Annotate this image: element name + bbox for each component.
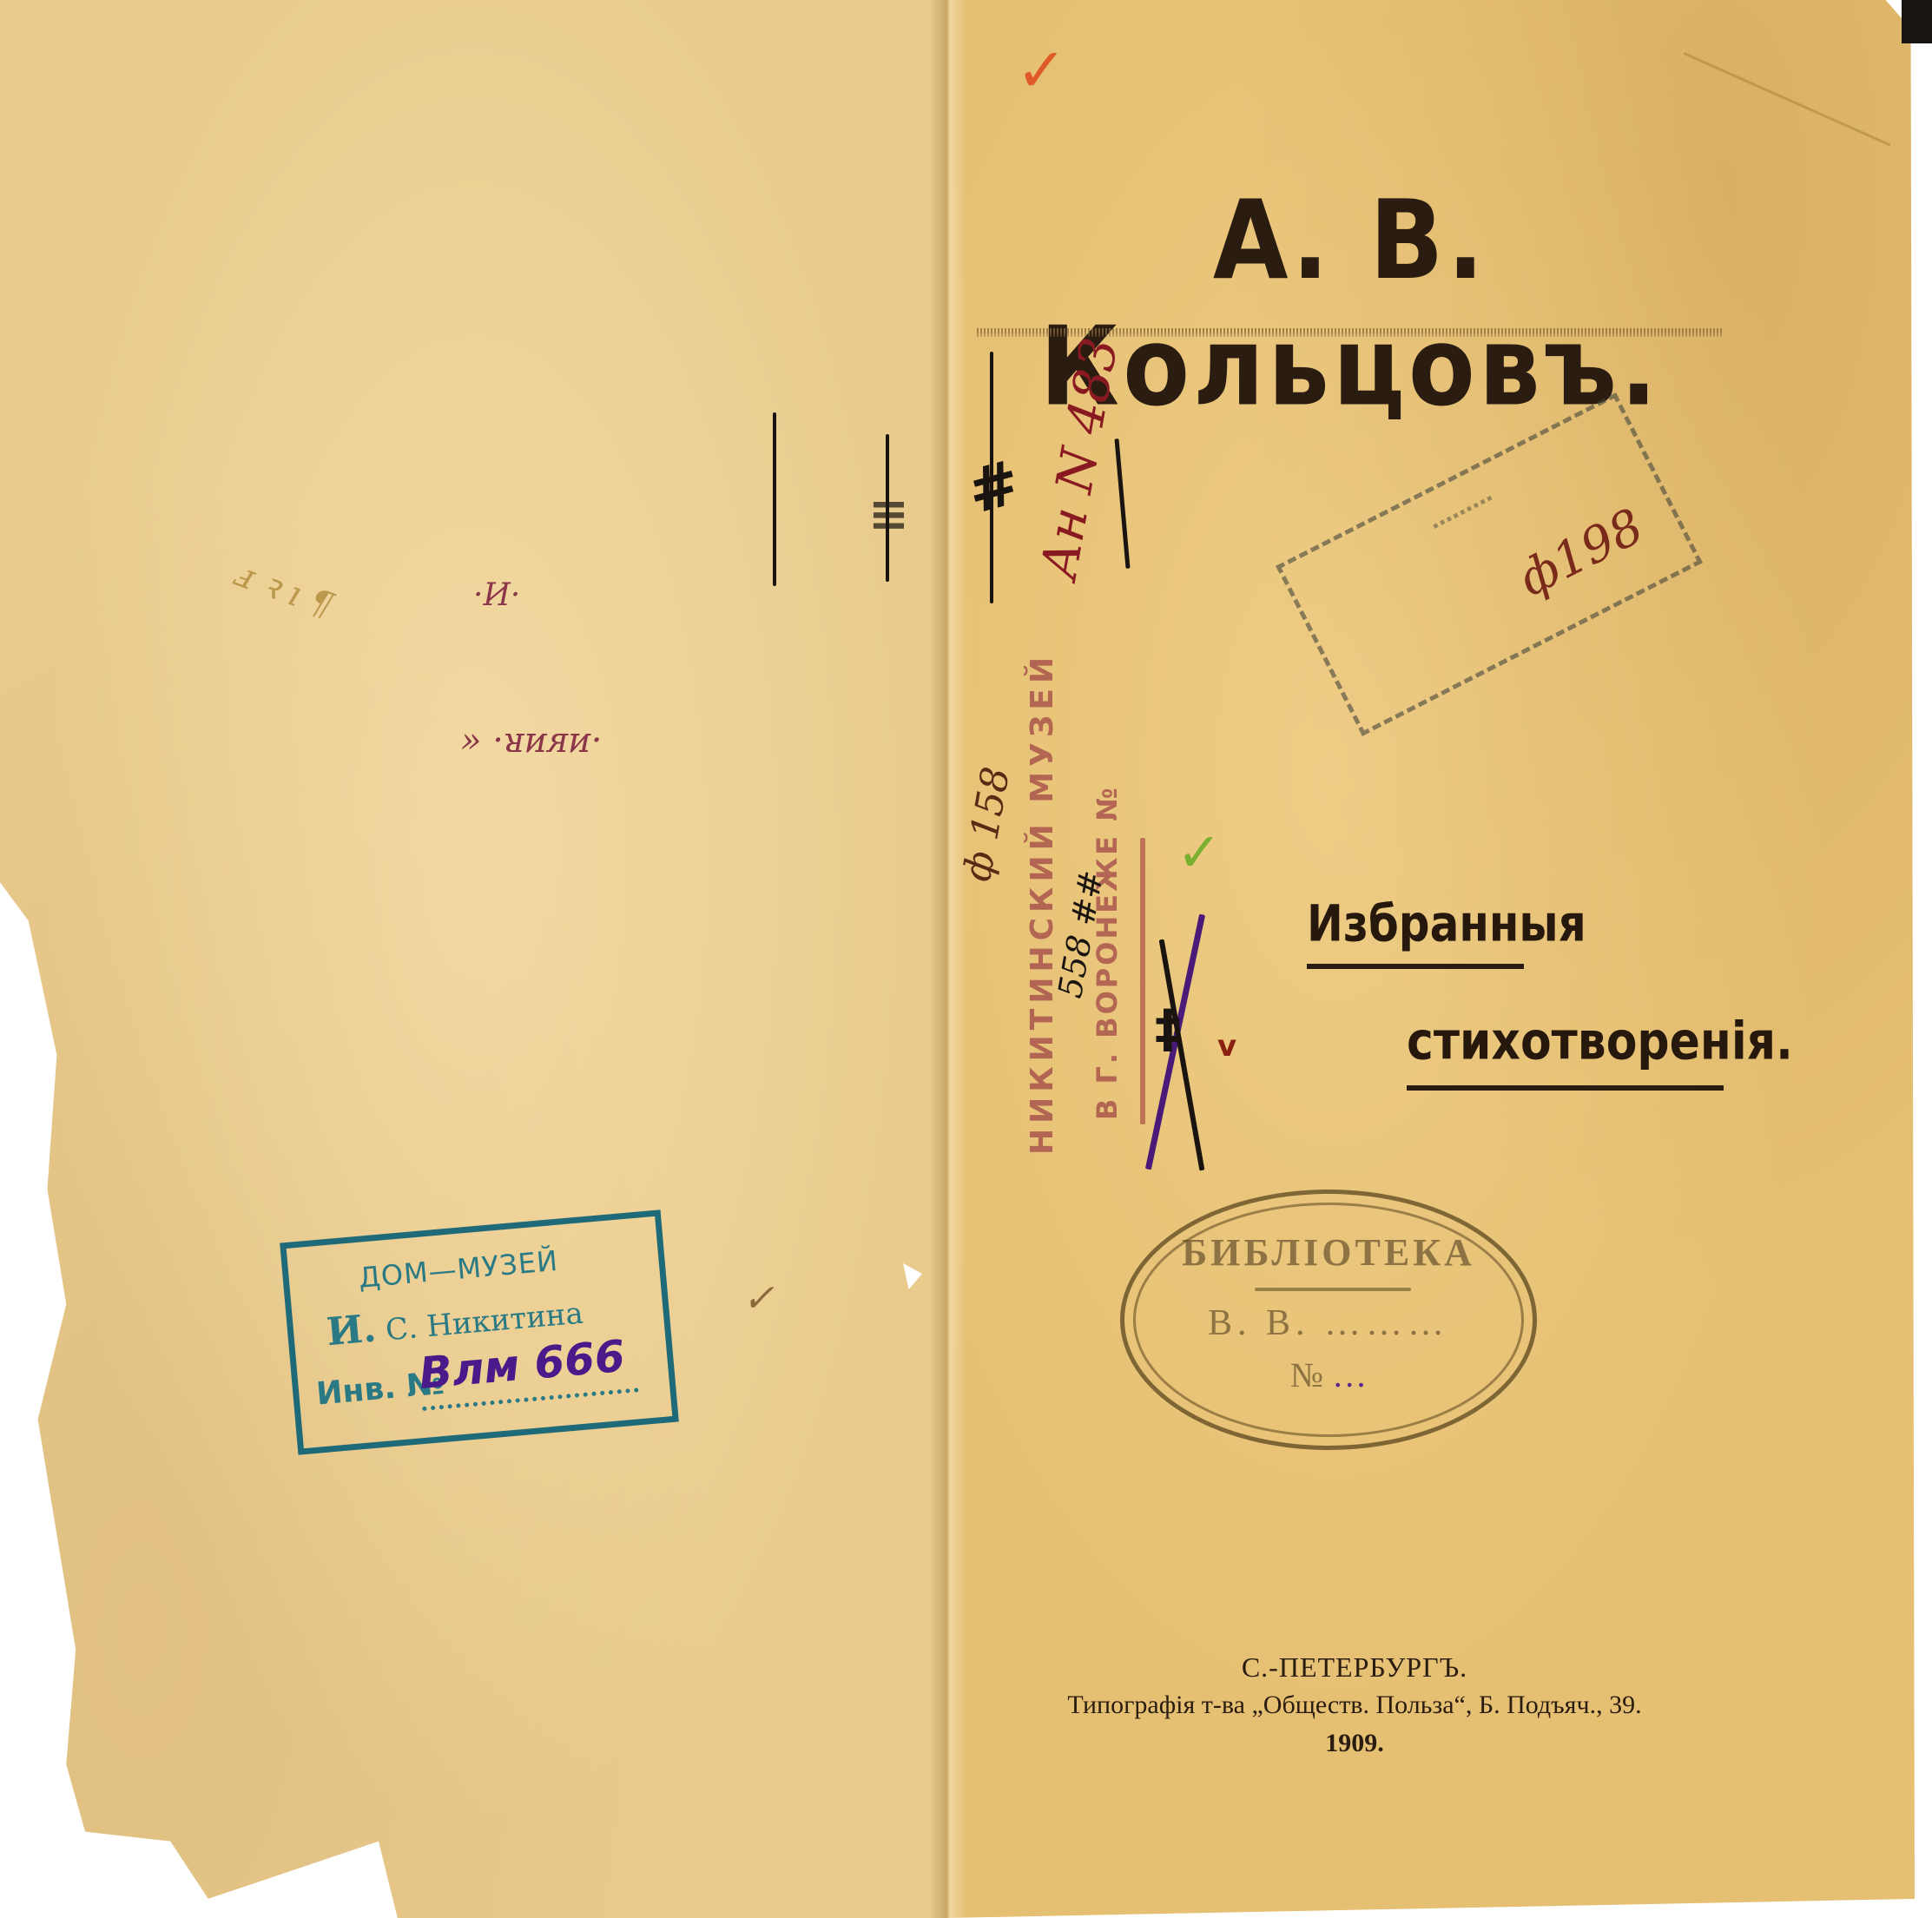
museum-stamp-initial: И. [325, 1306, 378, 1354]
publisher-imprint: С.-ПЕТЕРБУРГЪ. Типографія т-ва „Обществ.… [973, 1648, 1737, 1763]
faded-stamp-handwritten-number: ф198 [1514, 507, 1648, 601]
spine-fold [929, 0, 967, 1918]
faint-check-mark-icon: ✓ [742, 1276, 775, 1321]
library-stamp-number: № … [1124, 1354, 1533, 1395]
ink-offset-mark-3: » ·ᴚᴎᴙᴎ· [460, 721, 602, 761]
ink-offset-mark-2: ·И· [473, 577, 520, 613]
museum-stamp-line-1: ДОМ—МУЗЕЙ [357, 1244, 559, 1295]
museum-stamp: ДОМ—МУЗЕЙ И. С. Никитина Инв. № Влм 666 [280, 1209, 679, 1454]
subtitle-line-2: стихотворенія. [1407, 1012, 1793, 1072]
vertical-stamp-line-1: НИКИТИНСКИЙ МУЗЕЙ [1025, 652, 1060, 1155]
library-stamp-owner: В. В. ……… [1124, 1302, 1533, 1344]
library-stamp-number-value: … [1332, 1355, 1367, 1394]
scan-background-corner [1902, 0, 1932, 43]
subtitle-line-1: Избранныя [1307, 895, 1586, 953]
library-stamp-top: БИБЛІОТЕКА [1124, 1230, 1533, 1275]
imprint-city: С.-ПЕТЕРБУРГЪ. [973, 1648, 1737, 1686]
document-scan: А. В. Кольцовъ. Избранныя стихотворенія.… [0, 0, 1932, 1918]
subtitle-underline-2 [1407, 1085, 1724, 1091]
green-check-mark-icon: ✓ [1177, 821, 1222, 884]
library-stamp-ornament [1255, 1288, 1411, 1291]
offset-stroke-1 [773, 412, 776, 586]
library-oval-stamp: БИБЛІОТЕКА В. В. ……… № … [1120, 1190, 1537, 1450]
imprint-press: Типографія т-ва „Обществ. Польза“, Б. По… [973, 1686, 1737, 1724]
orange-check-mark-icon: ✓ [1016, 35, 1067, 106]
library-stamp-number-label: № [1290, 1355, 1323, 1394]
offset-hash: ≡ [868, 486, 909, 543]
crossed-number-hash: ‡ [1155, 999, 1181, 1059]
small-check-mark-icon: v [1217, 1029, 1236, 1064]
back-cover-page [0, 0, 946, 1918]
subtitle-underline-1 [1307, 964, 1524, 969]
imprint-year: 1909. [973, 1724, 1737, 1763]
vertical-stamp-underline [1140, 838, 1145, 1124]
